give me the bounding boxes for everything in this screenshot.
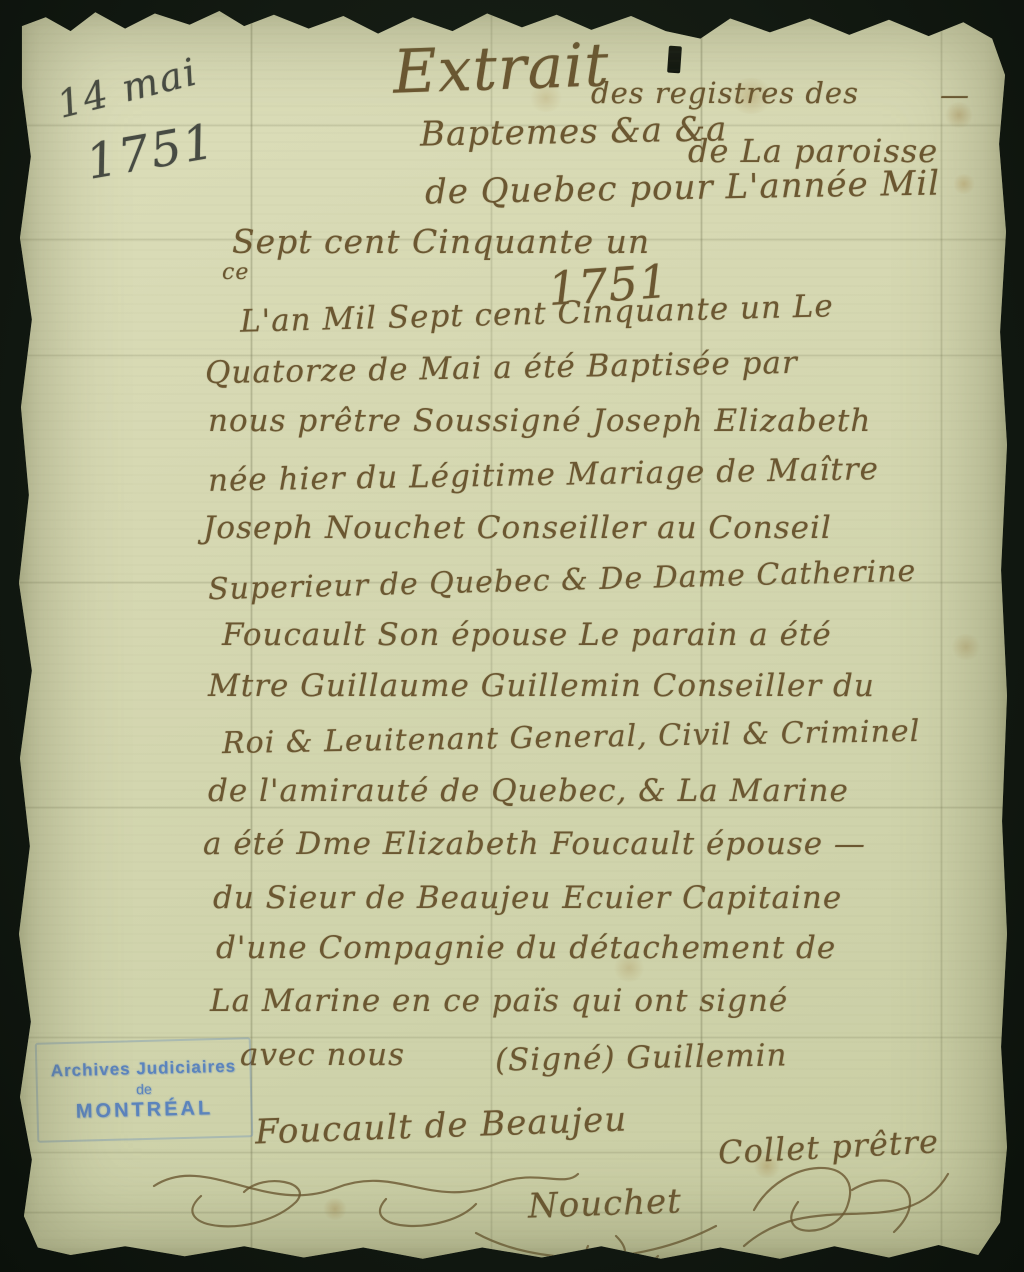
body-line: Quatorze de Mai a été Baptisée par [205, 345, 798, 391]
body-line: Superieur de Quebec & De Dame Catherine [208, 554, 917, 608]
body-line: La Marine en ce païs qui ont signé [210, 983, 788, 1019]
paper-hole [667, 46, 682, 74]
title-extrait: Extrait [392, 30, 611, 108]
body-line: avec nous [240, 1037, 405, 1073]
ink-stain [950, 634, 982, 660]
body-line: de l'amirauté de Quebec, & La Marine [208, 773, 849, 809]
signature-paraph [736, 1148, 956, 1258]
signature-flourish-nouchet [466, 1208, 746, 1272]
pencil-date-day-month: 14 mai [53, 49, 203, 126]
fold-crease-vertical [940, 6, 943, 1260]
stamp-line-1: Archives Judiciaires [37, 1056, 249, 1082]
body-line: Foucault Son épouse Le parain a été [222, 617, 832, 653]
body-line: d'une Compagnie du détachement de [216, 930, 836, 966]
archive-stamp: Archives Judiciaires de MONTRÉAL [35, 1037, 254, 1143]
body-line: nous prêtre Soussigné Joseph Elizabeth [208, 403, 871, 439]
title-line2-left: Baptemes &a &a [420, 109, 728, 154]
body-line: Joseph Nouchet Conseiller au Conseil [203, 510, 832, 546]
ink-stain [952, 174, 976, 194]
body-line: Mtre Guillaume Guillemin Conseiller du [208, 668, 875, 704]
title-line4: Sept cent Cinquante un [232, 222, 650, 261]
title-line1-dash: — [940, 78, 970, 112]
photographed-document-page: { "document": { "pencil_annotation": { "… [0, 0, 1024, 1272]
body-line: née hier du Légitime Mariage de Maître [208, 451, 880, 499]
title-line3: de Quebec pour L'année Mil [425, 164, 941, 213]
body-line: L'an Mil Sept cent Cinquante un Le [240, 288, 835, 340]
stamp-line-3: MONTRÉAL [38, 1096, 251, 1125]
title-line1-rest: des registres des [591, 76, 859, 110]
body-line: du Sieur de Beaujeu Ecuier Capitaine [213, 880, 842, 916]
body-line: Roi & Leuitenant General, Civil & Crimin… [222, 714, 921, 761]
body-line-signed: (Signé) Guillemin [495, 1037, 788, 1078]
manuscript-paper: 14 mai 1751 Extrait des registres des — … [16, 6, 1008, 1260]
marginal-mark: ce [222, 260, 249, 285]
body-line: a été Dme Elizabeth Foucault épouse — [203, 826, 866, 862]
